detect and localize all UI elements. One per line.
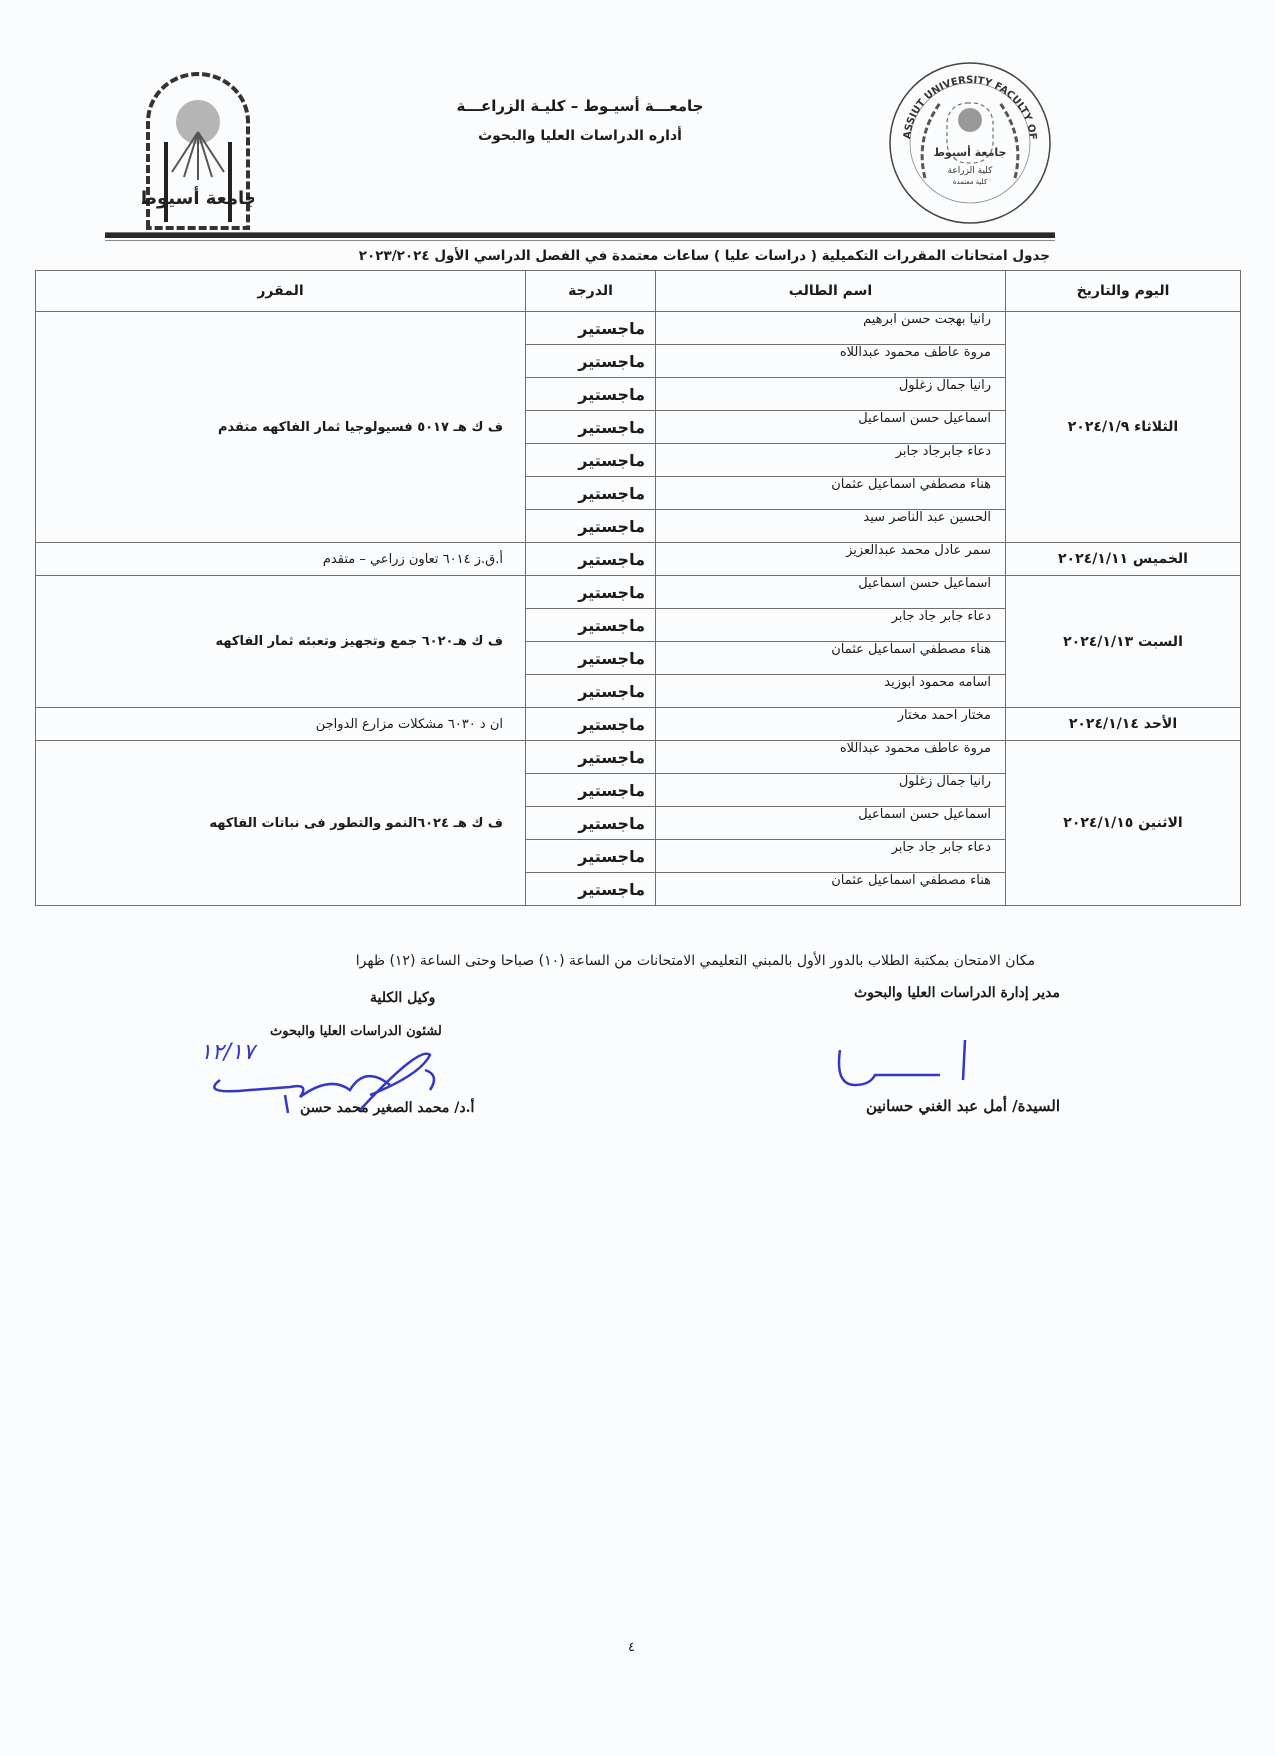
student-name: اسامه محمود ابوزيد <box>656 675 1006 708</box>
director-name: السيدة/ أمل عبد الغني حسانين <box>866 1097 1060 1115</box>
svg-text:جامعة أسيوط: جامعة أسيوط <box>142 186 254 209</box>
director-title: مدير إدارة الدراسات العليا والبحوث <box>854 985 1060 1001</box>
exam-date: السبت ٢٠٢٤/١/١٣ <box>1006 576 1241 708</box>
degree: ماجستير <box>526 807 656 840</box>
exam-date: الخميس ٢٠٢٤/١/١١ <box>1006 543 1241 576</box>
vice-dean-title: وكيل الكلية <box>370 990 435 1006</box>
institution-name: جامعـــة أسيـوط – كليـة الزراعـــة <box>380 97 780 115</box>
student-name: مروة عاطف محمود عبداللاه <box>656 345 1006 378</box>
student-name: رانيا جمال زغلول <box>656 774 1006 807</box>
header-divider <box>105 232 1055 238</box>
degree: ماجستير <box>526 510 656 543</box>
table-row: السبت ٢٠٢٤/١/١٣ اسماعيل حسن اسماعيل ماجس… <box>36 576 1241 609</box>
student-name: دعاء جابر جاد جابر <box>656 840 1006 873</box>
student-name: الحسين عبد الناصر سيد <box>656 510 1006 543</box>
svg-text:جامعة أسيوط: جامعة أسيوط <box>934 145 1007 159</box>
document-title: جدول امتحانات المقررات التكميلية ( دراسا… <box>359 248 1050 264</box>
degree: ماجستير <box>526 642 656 675</box>
course-name: ف ك هـ ٦٠٢٤النمو والتطور فى نباتات الفاك… <box>36 741 526 906</box>
student-name: اسماعيل حسن اسماعيل <box>656 576 1006 609</box>
department-name: أداره الدراسات العليا والبحوث <box>380 128 780 144</box>
student-name: هناء مصطفي اسماعيل عثمان <box>656 642 1006 675</box>
student-name: دعاء جابر جاد جابر <box>656 609 1006 642</box>
university-logo: جامعة أسيوط <box>142 72 254 232</box>
faculty-logo: ASSIUT UNIVERSITY FACULTY OF AGRICULTURE… <box>885 58 1055 228</box>
exam-date: الثلاثاء ٢٠٢٤/١/٩ <box>1006 312 1241 543</box>
column-header-course: المقرر <box>36 271 526 312</box>
student-name: هناء مصطفي اسماعيل عثمان <box>656 477 1006 510</box>
degree: ماجستير <box>526 477 656 510</box>
degree: ماجستير <box>526 411 656 444</box>
table-row: الخميس ٢٠٢٤/١/١١ سمر عادل محمد عبدالعزيز… <box>36 543 1241 576</box>
student-name: مروة عاطف محمود عبداللاه <box>656 741 1006 774</box>
column-header-degree: الدرجة <box>526 271 656 312</box>
degree: ماجستير <box>526 609 656 642</box>
course-name: ف ك هـ ٥٠١٧ فسيولوجيا ثمار الفاكهه متقدم <box>36 312 526 543</box>
table-row: الأحد ٢٠٢٤/١/١٤ مختار احمد مختار ماجستير… <box>36 708 1241 741</box>
faculty-seal-icon: ASSIUT UNIVERSITY FACULTY OF AGRICULTURE… <box>885 58 1055 228</box>
university-emblem-icon: جامعة أسيوط <box>142 72 254 232</box>
column-header-student: اسم الطالب <box>656 271 1006 312</box>
student-name: رانيا بهجت حسن ابرهيم <box>656 312 1006 345</box>
student-name: هناء مصطفي اسماعيل عثمان <box>656 873 1006 906</box>
exam-date: الأحد ٢٠٢٤/١/١٤ <box>1006 708 1241 741</box>
degree: ماجستير <box>526 873 656 906</box>
degree: ماجستير <box>526 345 656 378</box>
column-header-date: اليوم والتاريخ <box>1006 271 1241 312</box>
degree: ماجستير <box>526 543 656 576</box>
degree: ماجستير <box>526 444 656 477</box>
exam-schedule-table: اليوم والتاريخ اسم الطالب الدرجة المقرر … <box>35 270 1241 906</box>
svg-text:كلية معتمدة: كلية معتمدة <box>953 178 988 186</box>
degree: ماجستير <box>526 312 656 345</box>
degree: ماجستير <box>526 675 656 708</box>
degree: ماجستير <box>526 774 656 807</box>
director-signature-icon <box>830 1030 980 1100</box>
svg-text:كلية الزراعة: كلية الزراعة <box>948 166 994 176</box>
degree: ماجستير <box>526 708 656 741</box>
header-divider-thin <box>105 240 1055 241</box>
table-header-row: اليوم والتاريخ اسم الطالب الدرجة المقرر <box>36 271 1241 312</box>
student-name: دعاء جابرجاد جابر <box>656 444 1006 477</box>
student-name: اسماعيل حسن اسماعيل <box>656 807 1006 840</box>
page-number: ٤ <box>628 1640 635 1655</box>
degree: ماجستير <box>526 576 656 609</box>
degree: ماجستير <box>526 741 656 774</box>
student-name: رانيا جمال زغلول <box>656 378 1006 411</box>
table-row: الثلاثاء ٢٠٢٤/١/٩ رانيا بهجت حسن ابرهيم … <box>36 312 1241 345</box>
degree: ماجستير <box>526 378 656 411</box>
student-name: مختار احمد مختار <box>656 708 1006 741</box>
exam-location-note: مكان الامتحان بمكتبة الطلاب بالدور الأول… <box>356 953 1035 969</box>
student-name: اسماعيل حسن اسماعيل <box>656 411 1006 444</box>
course-name: أ.ق.ز ٦٠١٤ تعاون زراعي – متقدم <box>36 543 526 576</box>
table-row: الاثنين ٢٠٢٤/١/١٥ مروة عاطف محمود عبدالل… <box>36 741 1241 774</box>
course-name: ان د ٦٠٣٠ مشكلات مزارع الدواجن <box>36 708 526 741</box>
exam-date: الاثنين ٢٠٢٤/١/١٥ <box>1006 741 1241 906</box>
vice-dean-name: أ.د/ محمد الصغير محمد حسن <box>300 1100 474 1116</box>
student-name: سمر عادل محمد عبدالعزيز <box>656 543 1006 576</box>
course-name: ف ك هـ٦٠٢٠ جمع وتجهيز وتعبئه ثمار الفاكه… <box>36 576 526 708</box>
degree: ماجستير <box>526 840 656 873</box>
